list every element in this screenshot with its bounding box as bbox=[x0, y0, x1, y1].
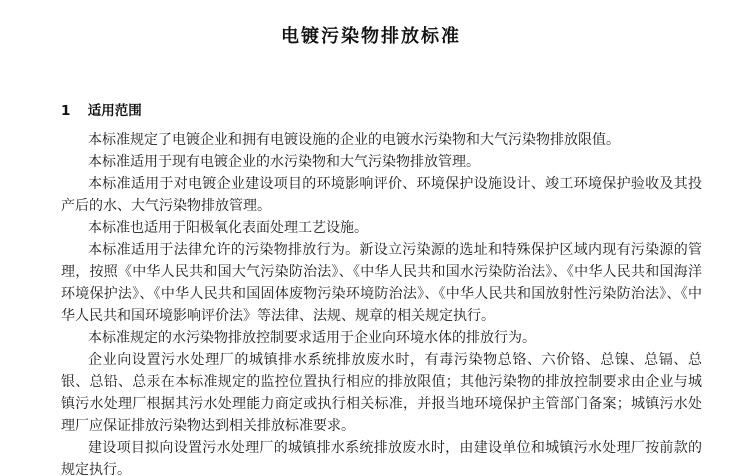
section-title: 适用范围 bbox=[88, 103, 142, 119]
paragraph-water-discharge: 本标准规定的水污染物排放控制要求适用于企业向环境水体的排放行为。 bbox=[61, 327, 702, 349]
section-heading: 1 适用范围 bbox=[61, 99, 142, 119]
section-number: 1 bbox=[61, 103, 83, 119]
paragraph-legal-discharge: 本标准适用于法律允许的污染物排放行为。新设立污染源的选址和特殊保护区域内现有污染… bbox=[61, 239, 702, 327]
paragraph-planned-projects: 建设项目拟向设置污水处理厂的城镇排水系统排放废水时，由建设单位和城镇污水处理厂按… bbox=[61, 437, 702, 476]
document-body: 本标准规定了电镀企业和拥有电镀设施的企业的电镀水污染物和大气污染物排放限值。 本… bbox=[61, 129, 702, 476]
paragraph-construction-projects: 本标准适用于对电镀企业建设项目的环境影响评价、环境保护设施设计、竣工环境保护验收… bbox=[61, 173, 702, 217]
document-title: 电镀污染物排放标准 bbox=[0, 22, 742, 48]
paragraph-sewage-plant: 企业向设置污水处理厂的城镇排水系统排放废水时，有毒污染物总铬、六价铬、总镍、总镉… bbox=[61, 349, 702, 437]
paragraph-scope-limits: 本标准规定了电镀企业和拥有电镀设施的企业的电镀水污染物和大气污染物排放限值。 bbox=[61, 129, 702, 151]
paragraph-existing-enterprises: 本标准适用于现有电镀企业的水污染物和大气污染物排放管理。 bbox=[61, 151, 702, 173]
paragraph-anodizing: 本标准也适用于阳极氧化表面处理工艺设施。 bbox=[61, 217, 702, 239]
